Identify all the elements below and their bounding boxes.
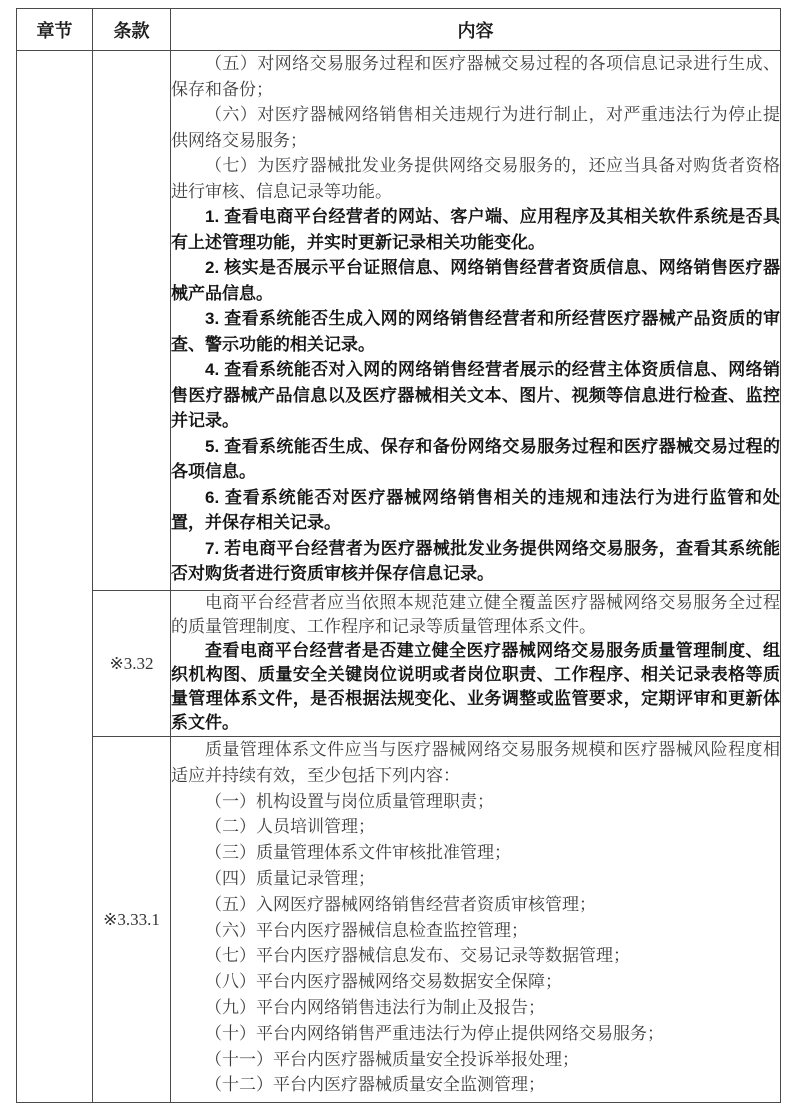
content-paragraph: （七）为医疗器械批发业务提供网络交易服务的，还应当具备对购货者资格进行审核、信息…: [171, 153, 780, 204]
content-paragraph: （六）平台内医疗器械信息检查监控管理；: [171, 918, 780, 944]
table-row: （五）对网络交易服务过程和医疗器械交易过程的各项信息记录进行生成、保存和备份；（…: [17, 51, 781, 591]
clause-cell: [93, 51, 171, 591]
content-cell: （五）对网络交易服务过程和医疗器械交易过程的各项信息记录进行生成、保存和备份；（…: [171, 51, 781, 591]
content-paragraph: （八）平台内医疗器械网络交易数据安全保障；: [171, 969, 780, 995]
content-paragraph: （二）人员培训管理；: [171, 814, 780, 840]
content-paragraph: 1. 查看电商平台经营者的网站、客户端、应用程序及其相关软件系统是否具有上述管理…: [171, 204, 780, 255]
content-paragraph: 5. 查看系统能否生成、保存和备份网络交易服务过程和医疗器械交易过程的各项信息。: [171, 434, 780, 485]
content-paragraph: 2. 核实是否展示平台证照信息、网络销售经营者资质信息、网络销售医疗器械产品信息…: [171, 255, 780, 306]
content-paragraph: 4. 查看系统能否对入网的网络销售经营者展示的经营主体资质信息、网络销售医疗器械…: [171, 357, 780, 434]
column-header-clause: 条款: [93, 9, 171, 51]
column-header-content: 内容: [171, 9, 781, 51]
content-cell: 电商平台经营者应当依照本规范建立健全覆盖医疗器械网络交易服务全过程的质量管理制度…: [171, 591, 781, 737]
content-paragraph: 6. 查看系统能否对医疗器械网络销售相关的违规和违法行为进行监管和处置，并保存相…: [171, 485, 780, 536]
regulation-table: 章节 条款 内容 （五）对网络交易服务过程和医疗器械交易过程的各项信息记录进行生…: [16, 8, 781, 1103]
content-paragraph: （五）入网医疗器械网络销售经营者资质审核管理；: [171, 892, 780, 918]
clause-cell: ※3.32: [93, 591, 171, 737]
content-paragraph: 3. 查看系统能否生成入网的网络销售经营者和所经营医疗器械产品资质的审查、警示功…: [171, 306, 780, 357]
table-header-row: 章节 条款 内容: [17, 9, 781, 51]
content-paragraph: （一）机构设置与岗位质量管理职责；: [171, 789, 780, 815]
content-paragraph: （十二）平台内医疗器械质量安全监测管理；: [171, 1072, 780, 1098]
document-page: 章节 条款 内容 （五）对网络交易服务过程和医疗器械交易过程的各项信息记录进行生…: [0, 0, 800, 1120]
content-paragraph: （三）质量管理体系文件审核批准管理；: [171, 840, 780, 866]
content-paragraph: 质量管理体系文件应当与医疗器械网络交易服务规模和医疗器械风险程度相适应并持续有效…: [171, 737, 780, 789]
content-paragraph: （十一）平台内医疗器械质量安全投诉举报处理；: [171, 1047, 780, 1073]
content-paragraph: （六）对医疗器械网络销售相关违规行为进行制止，对严重违法行为停止提供网络交易服务…: [171, 102, 780, 153]
content-paragraph: （九）平台内网络销售违法行为制止及报告；: [171, 995, 780, 1021]
content-paragraph: （十）平台内网络销售严重违法行为停止提供网络交易服务；: [171, 1021, 780, 1047]
column-header-chapter: 章节: [17, 9, 93, 51]
content-paragraph: 7. 若电商平台经营者为医疗器械批发业务提供网络交易服务，查看其系统能否对购货者…: [171, 536, 780, 587]
chapter-cell: [17, 51, 93, 1103]
content-paragraph: （五）对网络交易服务过程和医疗器械交易过程的各项信息记录进行生成、保存和备份；: [171, 51, 780, 102]
table-body: （五）对网络交易服务过程和医疗器械交易过程的各项信息记录进行生成、保存和备份；（…: [17, 51, 781, 1103]
content-paragraph: （四）质量记录管理；: [171, 866, 780, 892]
table-row: ※3.32电商平台经营者应当依照本规范建立健全覆盖医疗器械网络交易服务全过程的质…: [17, 591, 781, 737]
table-row: ※3.33.1质量管理体系文件应当与医疗器械网络交易服务规模和医疗器械风险程度相…: [17, 737, 781, 1103]
content-paragraph: 电商平台经营者应当依照本规范建立健全覆盖医疗器械网络交易服务全过程的质量管理制度…: [171, 591, 780, 639]
content-cell: 质量管理体系文件应当与医疗器械网络交易服务规模和医疗器械风险程度相适应并持续有效…: [171, 737, 781, 1103]
content-paragraph: （七）平台内医疗器械信息发布、交易记录等数据管理；: [171, 943, 780, 969]
content-paragraph: 查看电商平台经营者是否建立健全医疗器械网络交易服务质量管理制度、组织机构图、质量…: [171, 639, 780, 735]
clause-cell: ※3.33.1: [93, 737, 171, 1103]
